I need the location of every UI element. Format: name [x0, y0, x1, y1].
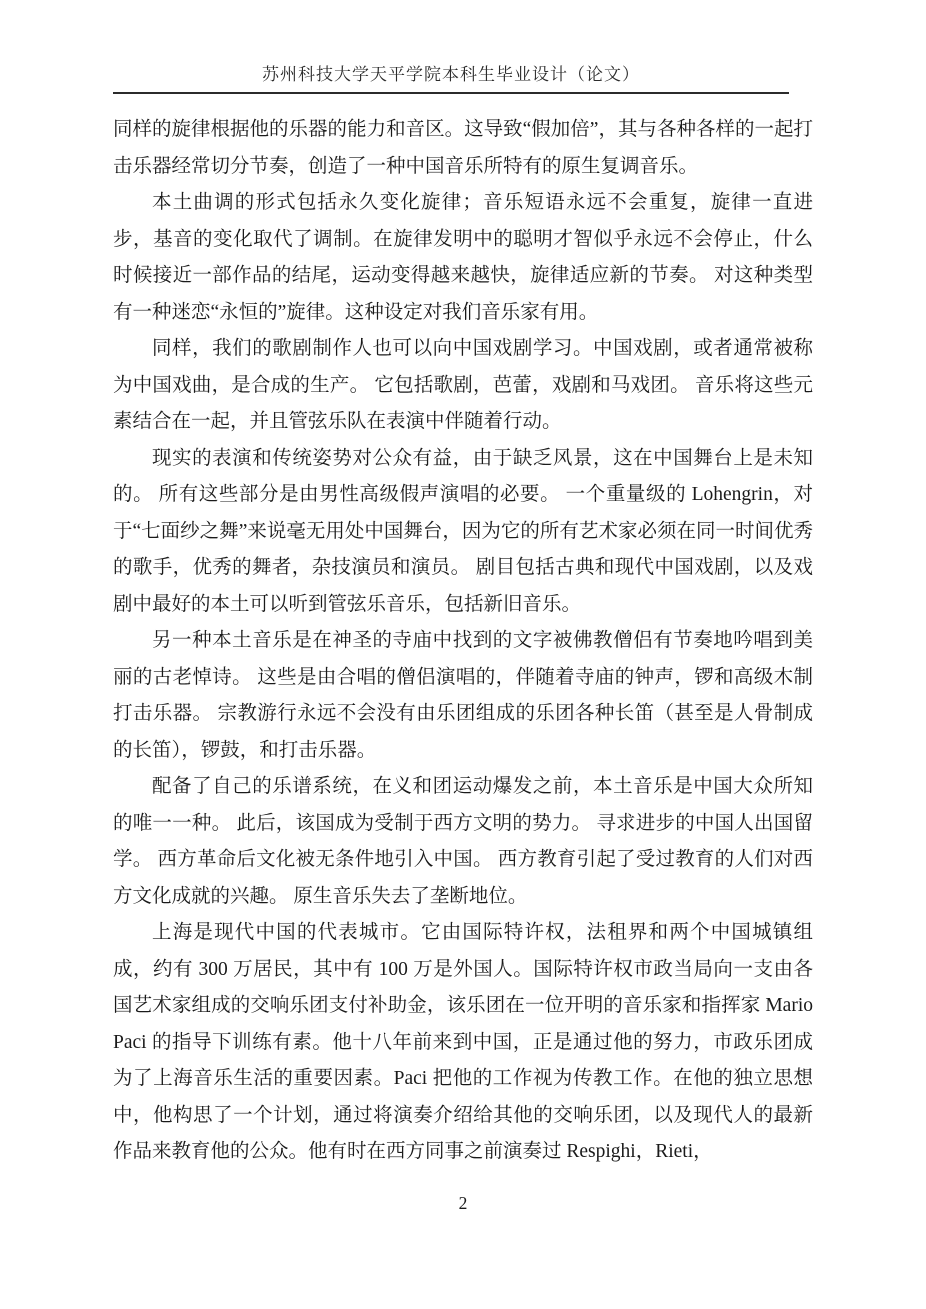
document-body: 同样的旋律根据他的乐器的能力和音区。这导致“假加倍”，其与各种各样的一起打击乐器… — [113, 112, 813, 1171]
page-footer: 2 — [0, 1193, 926, 1214]
body-paragraph: 本土曲调的形式包括永久变化旋律；音乐短语永远不会重复，旋律一直进步，基音的变化取… — [113, 185, 813, 331]
body-paragraph: 同样的旋律根据他的乐器的能力和音区。这导致“假加倍”，其与各种各样的一起打击乐器… — [113, 112, 813, 185]
thesis-page: 苏州科技大学天平学院本科生毕业设计（论文） 同样的旋律根据他的乐器的能力和音区。… — [0, 0, 926, 1309]
body-paragraph: 配备了自己的乐谱系统，在义和团运动爆发之前，本土音乐是中国大众所知的唯一一种。 … — [113, 769, 813, 915]
body-paragraph: 上海是现代中国的代表城市。它由国际特许权，法租界和两个中国城镇组成，约有 300… — [113, 915, 813, 1171]
page-number: 2 — [459, 1193, 468, 1213]
header-title: 苏州科技大学天平学院本科生毕业设计（论文） — [262, 65, 640, 84]
body-paragraph: 另一种本土音乐是在神圣的寺庙中找到的文字被佛教僧侣有节奏地吟唱到美丽的古老悼诗。… — [113, 623, 813, 769]
body-paragraph: 同样，我们的歌剧制作人也可以向中国戏剧学习。中国戏剧，或者通常被称为中国戏曲，是… — [113, 331, 813, 441]
page-header: 苏州科技大学天平学院本科生毕业设计（论文） — [113, 60, 789, 94]
body-paragraph: 现实的表演和传统姿势对公众有益，由于缺乏风景，这在中国舞台上是未知的。 所有这些… — [113, 441, 813, 624]
